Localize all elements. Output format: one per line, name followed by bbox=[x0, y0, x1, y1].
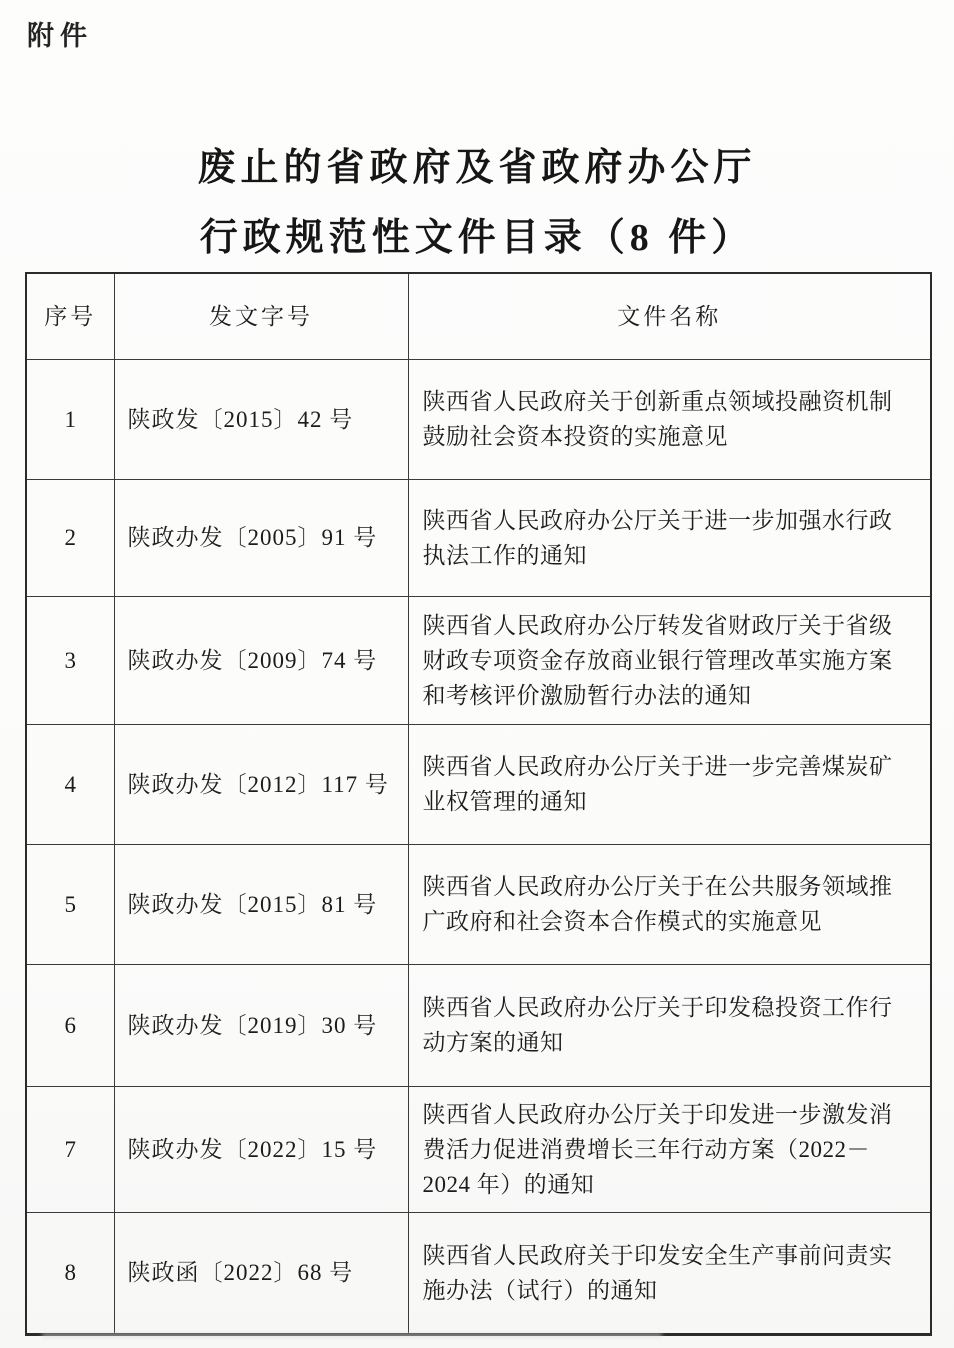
document-title: 陕西省人民政府办公厅关于印发稳投资工作行动方案的通知 bbox=[408, 964, 931, 1086]
abolished-documents-table: 序号 发文字号 文件名称 1 陕政发〔2015〕42 号 陕西省人民政府关于创新… bbox=[25, 272, 932, 1336]
table-row: 3 陕政办发〔2009〕74 号 陕西省人民政府办公厅转发省财政厅关于省级财政专… bbox=[26, 596, 931, 724]
document-number: 陕政发〔2015〕42 号 bbox=[114, 359, 408, 479]
serial-number: 7 bbox=[26, 1086, 114, 1212]
document-title: 陕西省人民政府办公厅关于进一步完善煤炭矿业权管理的通知 bbox=[408, 724, 931, 844]
column-header-document-title: 文件名称 bbox=[408, 273, 931, 359]
attachment-label: 附件 bbox=[27, 14, 93, 53]
document-number: 陕政函〔2022〕68 号 bbox=[114, 1212, 408, 1334]
document-number: 陕政办发〔2019〕30 号 bbox=[114, 964, 408, 1086]
document-title: 陕西省人民政府办公厅关于进一步加强水行政执法工作的通知 bbox=[408, 479, 931, 596]
serial-number: 1 bbox=[26, 359, 114, 479]
document-number: 陕政办发〔2005〕91 号 bbox=[114, 479, 408, 596]
column-header-serial-number: 序号 bbox=[26, 273, 114, 359]
serial-number: 3 bbox=[26, 596, 114, 724]
document-title: 陕西省人民政府办公厅转发省财政厅关于省级财政专项资金存放商业银行管理改革实施方案… bbox=[408, 596, 931, 724]
serial-number: 5 bbox=[26, 844, 114, 964]
table-header-row: 序号 发文字号 文件名称 bbox=[26, 273, 931, 359]
document-title-line1: 废止的省政府及省政府办公厅 bbox=[0, 136, 954, 191]
document-number: 陕政办发〔2012〕117 号 bbox=[114, 724, 408, 844]
document-title: 陕西省人民政府办公厅关于印发进一步激发消费活力促进消费增长三年行动方案（2022… bbox=[408, 1086, 931, 1212]
document-title: 陕西省人民政府办公厅关于在公共服务领域推广政府和社会资本合作模式的实施意见 bbox=[408, 844, 931, 964]
serial-number: 8 bbox=[26, 1212, 114, 1334]
table-row: 6 陕政办发〔2019〕30 号 陕西省人民政府办公厅关于印发稳投资工作行动方案… bbox=[26, 964, 931, 1086]
table-row: 2 陕政办发〔2005〕91 号 陕西省人民政府办公厅关于进一步加强水行政执法工… bbox=[26, 479, 931, 596]
document-page: 附件 废止的省政府及省政府办公厅 行政规范性文件目录（8 件） 序号 发文字号 … bbox=[0, 0, 954, 1348]
document-number: 陕政办发〔2009〕74 号 bbox=[114, 596, 408, 724]
document-title: 陕西省人民政府关于印发安全生产事前问责实施办法（试行）的通知 bbox=[408, 1212, 931, 1334]
document-title-line2: 行政规范性文件目录（8 件） bbox=[0, 206, 954, 261]
table-row: 5 陕政办发〔2015〕81 号 陕西省人民政府办公厅关于在公共服务领域推广政府… bbox=[26, 844, 931, 964]
serial-number: 4 bbox=[26, 724, 114, 844]
table-row: 8 陕政函〔2022〕68 号 陕西省人民政府关于印发安全生产事前问责实施办法（… bbox=[26, 1212, 931, 1334]
document-number: 陕政办发〔2015〕81 号 bbox=[114, 844, 408, 964]
table-row: 7 陕政办发〔2022〕15 号 陕西省人民政府办公厅关于印发进一步激发消费活力… bbox=[26, 1086, 931, 1212]
table-row: 4 陕政办发〔2012〕117 号 陕西省人民政府办公厅关于进一步完善煤炭矿业权… bbox=[26, 724, 931, 844]
table-row: 1 陕政发〔2015〕42 号 陕西省人民政府关于创新重点领域投融资机制鼓励社会… bbox=[26, 359, 931, 479]
serial-number: 2 bbox=[26, 479, 114, 596]
document-number: 陕政办发〔2022〕15 号 bbox=[114, 1086, 408, 1212]
column-header-document-number: 发文字号 bbox=[114, 273, 408, 359]
scan-shadow-artifact bbox=[42, 1333, 662, 1338]
document-title: 陕西省人民政府关于创新重点领域投融资机制鼓励社会资本投资的实施意见 bbox=[408, 359, 931, 479]
serial-number: 6 bbox=[26, 964, 114, 1086]
